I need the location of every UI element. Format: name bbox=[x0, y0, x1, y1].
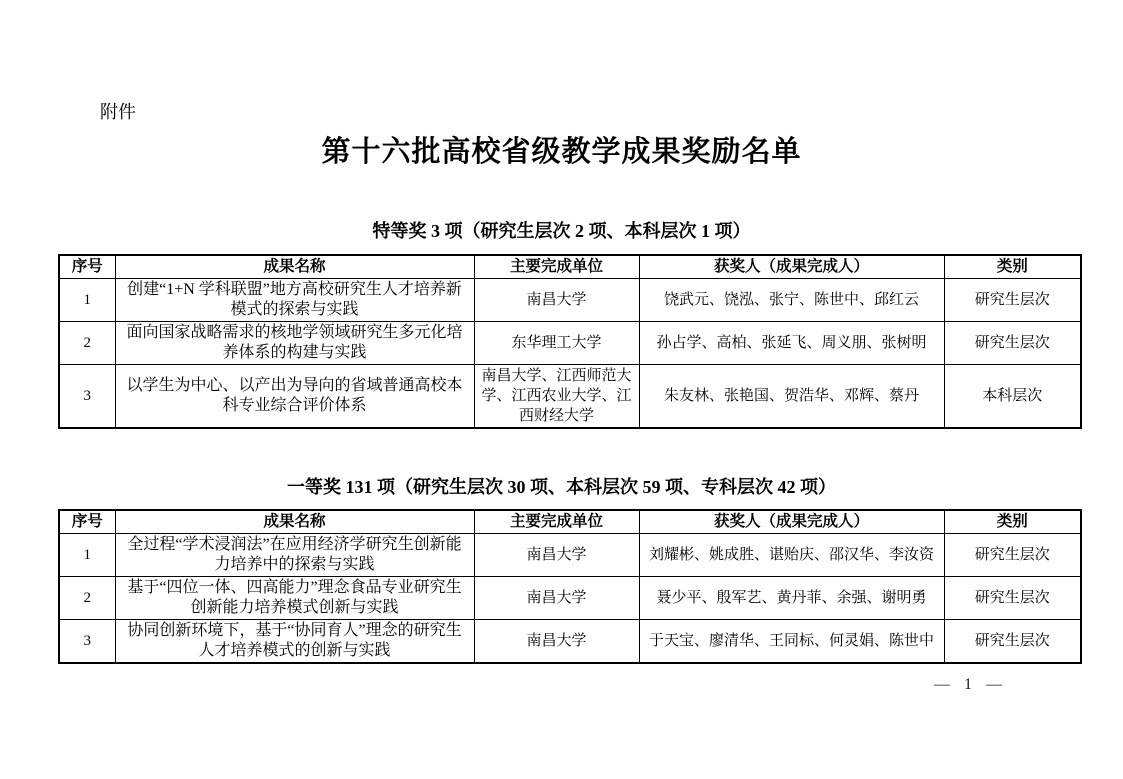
cell-achievement-name: 面向国家战略需求的核地学领域研究生多元化培养体系的构建与实践 bbox=[115, 322, 474, 365]
col-header-awardees: 获奖人（成果完成人） bbox=[639, 255, 944, 279]
cell-category: 本科层次 bbox=[944, 365, 1081, 429]
col-header-achievement-name: 成果名称 bbox=[115, 510, 474, 534]
special-award-table: 序号 成果名称 主要完成单位 获奖人（成果完成人） 类别 1 创建“1+N 学科… bbox=[58, 254, 1082, 429]
col-header-category: 类别 bbox=[944, 255, 1081, 279]
cell-category: 研究生层次 bbox=[944, 620, 1081, 664]
cell-category: 研究生层次 bbox=[944, 279, 1081, 322]
cell-serial: 2 bbox=[59, 322, 115, 365]
document-title: 第十六批高校省级教学成果奖励名单 bbox=[0, 129, 1123, 170]
section-heading-special-award: 特等奖 3 项（研究生层次 2 项、本科层次 1 项） bbox=[0, 220, 1123, 242]
cell-awardees: 于天宝、廖清华、王同标、何灵娟、陈世中 bbox=[639, 620, 944, 664]
cell-achievement-name: 以学生为中心、以产出为导向的省域普通高校本科专业综合评价体系 bbox=[115, 365, 474, 429]
table-row: 1 全过程“学术浸润法”在应用经济学研究生创新能力培养中的探索与实践 南昌大学 … bbox=[59, 534, 1081, 577]
col-header-category: 类别 bbox=[944, 510, 1081, 534]
cell-awardees: 刘耀彬、姚成胜、谌贻庆、邵汉华、李汝资 bbox=[639, 534, 944, 577]
cell-main-unit: 南昌大学 bbox=[474, 534, 639, 577]
cell-achievement-name: 协同创新环境下，基于“协同育人”理念的研究生人才培养模式的创新与实践 bbox=[115, 620, 474, 664]
cell-main-unit: 南昌大学、江西师范大学、江西农业大学、江西财经大学 bbox=[474, 365, 639, 429]
table-header-row: 序号 成果名称 主要完成单位 获奖人（成果完成人） 类别 bbox=[59, 255, 1081, 279]
col-header-awardees: 获奖人（成果完成人） bbox=[639, 510, 944, 534]
cell-achievement-name: 创建“1+N 学科联盟”地方高校研究生人才培养新模式的探索与实践 bbox=[115, 279, 474, 322]
table-row: 2 基于“四位一体、四高能力”理念食品专业研究生创新能力培养模式创新与实践 南昌… bbox=[59, 577, 1081, 620]
page-number: — 1 — bbox=[903, 676, 1033, 694]
col-header-serial: 序号 bbox=[59, 255, 115, 279]
cell-serial: 3 bbox=[59, 620, 115, 664]
cell-main-unit: 南昌大学 bbox=[474, 620, 639, 664]
cell-category: 研究生层次 bbox=[944, 577, 1081, 620]
cell-main-unit: 南昌大学 bbox=[474, 279, 639, 322]
table-row: 3 以学生为中心、以产出为导向的省域普通高校本科专业综合评价体系 南昌大学、江西… bbox=[59, 365, 1081, 429]
first-award-table: 序号 成果名称 主要完成单位 获奖人（成果完成人） 类别 1 全过程“学术浸润法… bbox=[58, 509, 1082, 664]
cell-achievement-name: 全过程“学术浸润法”在应用经济学研究生创新能力培养中的探索与实践 bbox=[115, 534, 474, 577]
section-heading-first-award: 一等奖 131 项（研究生层次 30 项、本科层次 59 项、专科层次 42 项… bbox=[0, 476, 1123, 498]
table-row: 3 协同创新环境下，基于“协同育人”理念的研究生人才培养模式的创新与实践 南昌大… bbox=[59, 620, 1081, 664]
table-row: 2 面向国家战略需求的核地学领域研究生多元化培养体系的构建与实践 东华理工大学 … bbox=[59, 322, 1081, 365]
cell-main-unit: 东华理工大学 bbox=[474, 322, 639, 365]
document-page: 附件 第十六批高校省级教学成果奖励名单 特等奖 3 项（研究生层次 2 项、本科… bbox=[0, 0, 1123, 779]
attachment-label: 附件 bbox=[100, 101, 136, 123]
cell-serial: 2 bbox=[59, 577, 115, 620]
cell-awardees: 孙占学、高柏、张延飞、周义朋、张树明 bbox=[639, 322, 944, 365]
table-header-row: 序号 成果名称 主要完成单位 获奖人（成果完成人） 类别 bbox=[59, 510, 1081, 534]
col-header-achievement-name: 成果名称 bbox=[115, 255, 474, 279]
cell-serial: 1 bbox=[59, 279, 115, 322]
cell-serial: 1 bbox=[59, 534, 115, 577]
cell-awardees: 聂少平、殷军艺、黄丹菲、余强、谢明勇 bbox=[639, 577, 944, 620]
table-row: 1 创建“1+N 学科联盟”地方高校研究生人才培养新模式的探索与实践 南昌大学 … bbox=[59, 279, 1081, 322]
cell-serial: 3 bbox=[59, 365, 115, 429]
col-header-serial: 序号 bbox=[59, 510, 115, 534]
cell-main-unit: 南昌大学 bbox=[474, 577, 639, 620]
cell-category: 研究生层次 bbox=[944, 322, 1081, 365]
cell-category: 研究生层次 bbox=[944, 534, 1081, 577]
cell-awardees: 朱友林、张艳国、贺浩华、邓辉、蔡丹 bbox=[639, 365, 944, 429]
cell-awardees: 饶武元、饶泓、张宁、陈世中、邱红云 bbox=[639, 279, 944, 322]
col-header-main-unit: 主要完成单位 bbox=[474, 510, 639, 534]
cell-achievement-name: 基于“四位一体、四高能力”理念食品专业研究生创新能力培养模式创新与实践 bbox=[115, 577, 474, 620]
col-header-main-unit: 主要完成单位 bbox=[474, 255, 639, 279]
